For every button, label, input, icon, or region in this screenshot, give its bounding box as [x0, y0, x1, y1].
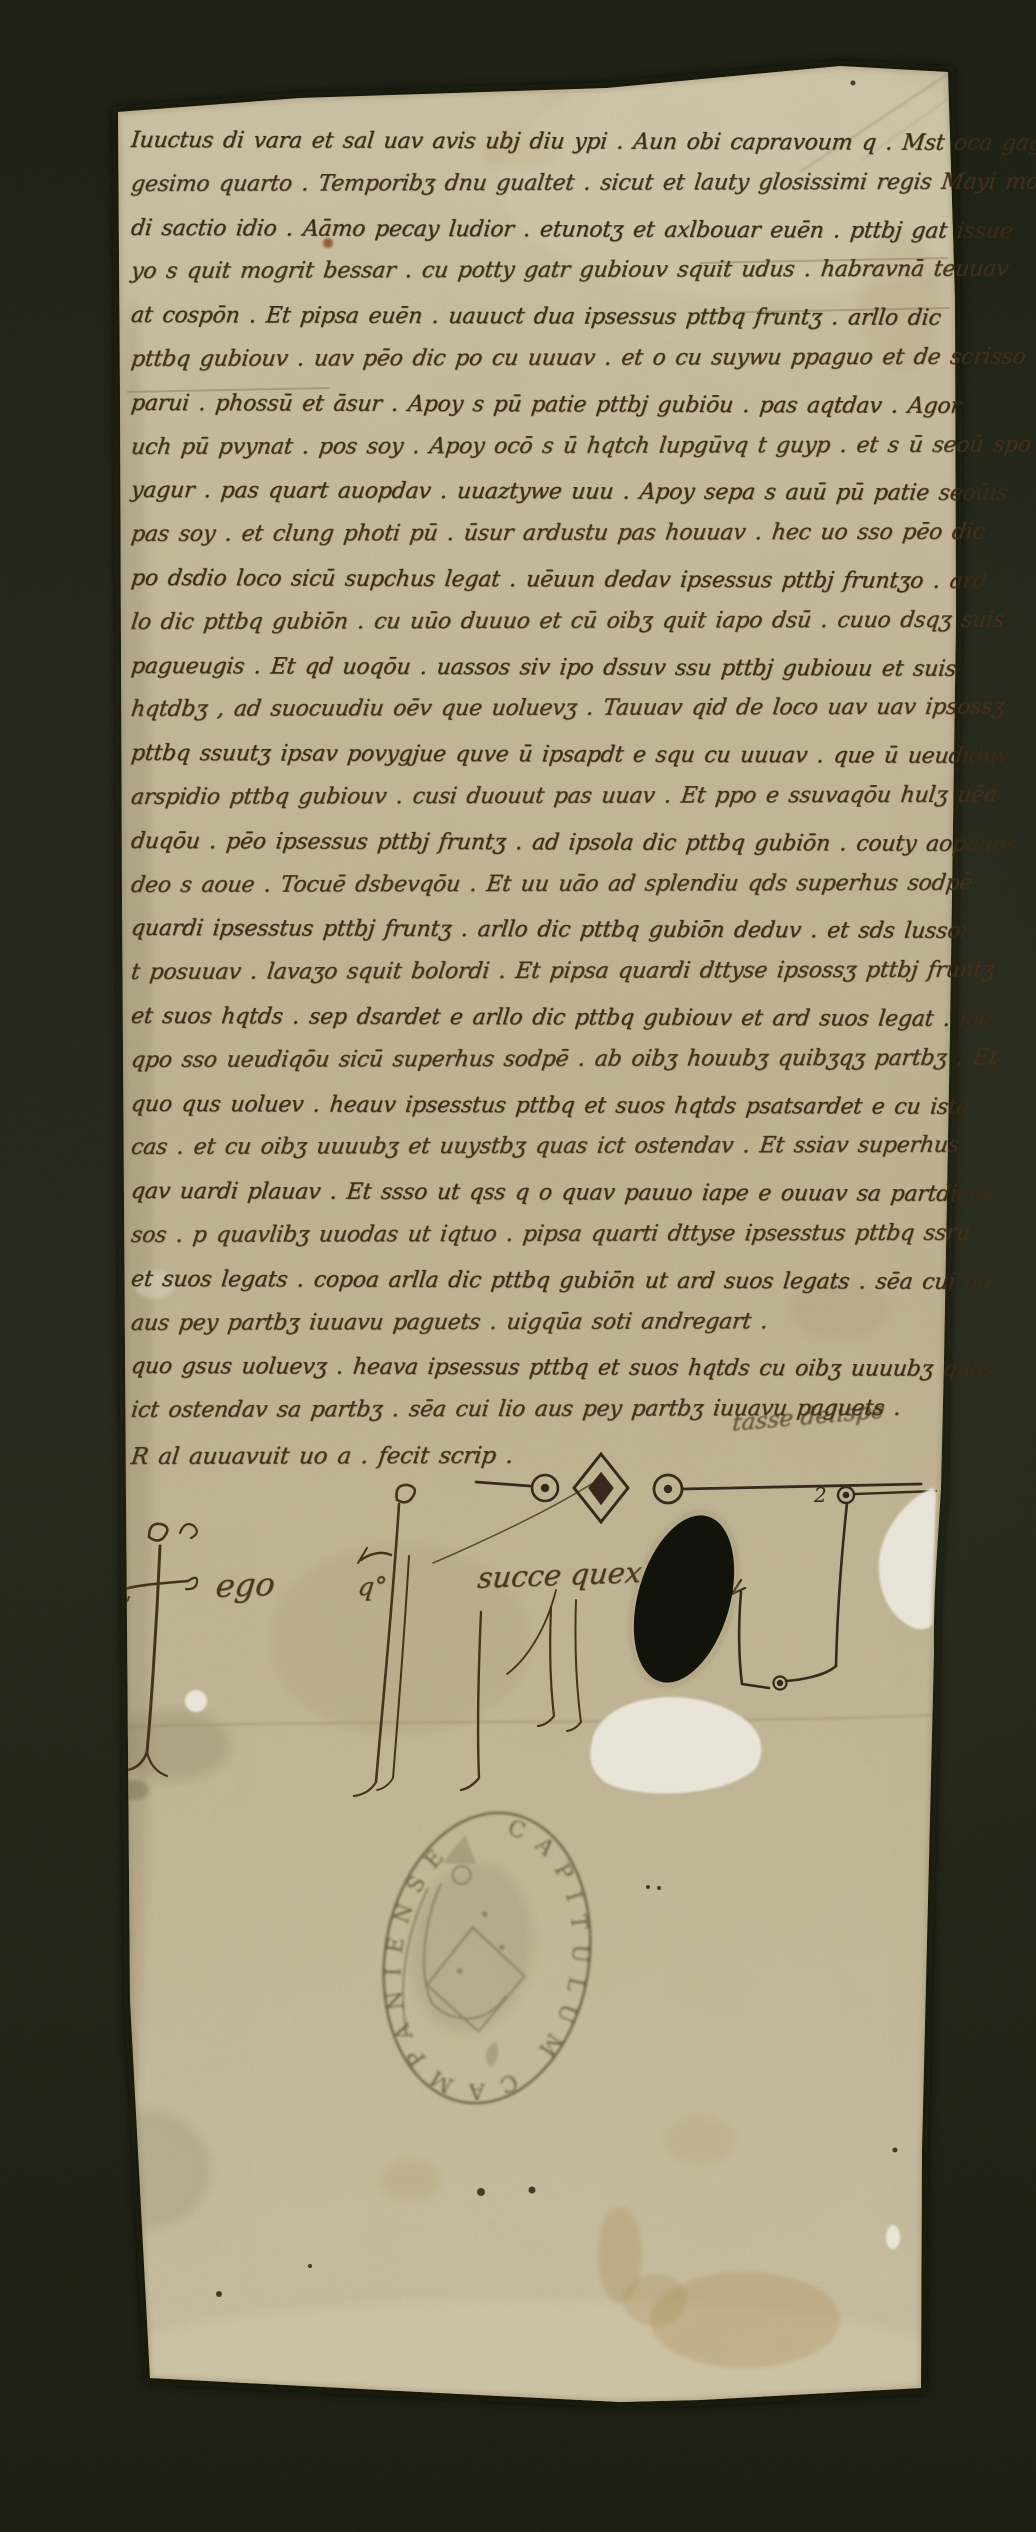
circle-dot	[665, 1486, 671, 1492]
soft-stain	[270, 1545, 530, 1735]
white-spot	[886, 2225, 900, 2249]
parchment-sheet: CAPITULUM CAMPANIENSE 2	[70, 50, 1020, 2420]
photograph: CAPITULUM CAMPANIENSE 2	[0, 0, 1036, 2532]
circle-dot	[542, 1485, 548, 1491]
pale-area	[500, 60, 1020, 300]
white-spot	[185, 1690, 207, 1712]
parchment-graphics: CAPITULUM CAMPANIENSE 2	[0, 0, 1036, 2532]
circle-dot	[844, 1493, 848, 1497]
two-mark-glyph: 2	[813, 1483, 827, 1507]
circle-dot	[778, 1681, 782, 1685]
